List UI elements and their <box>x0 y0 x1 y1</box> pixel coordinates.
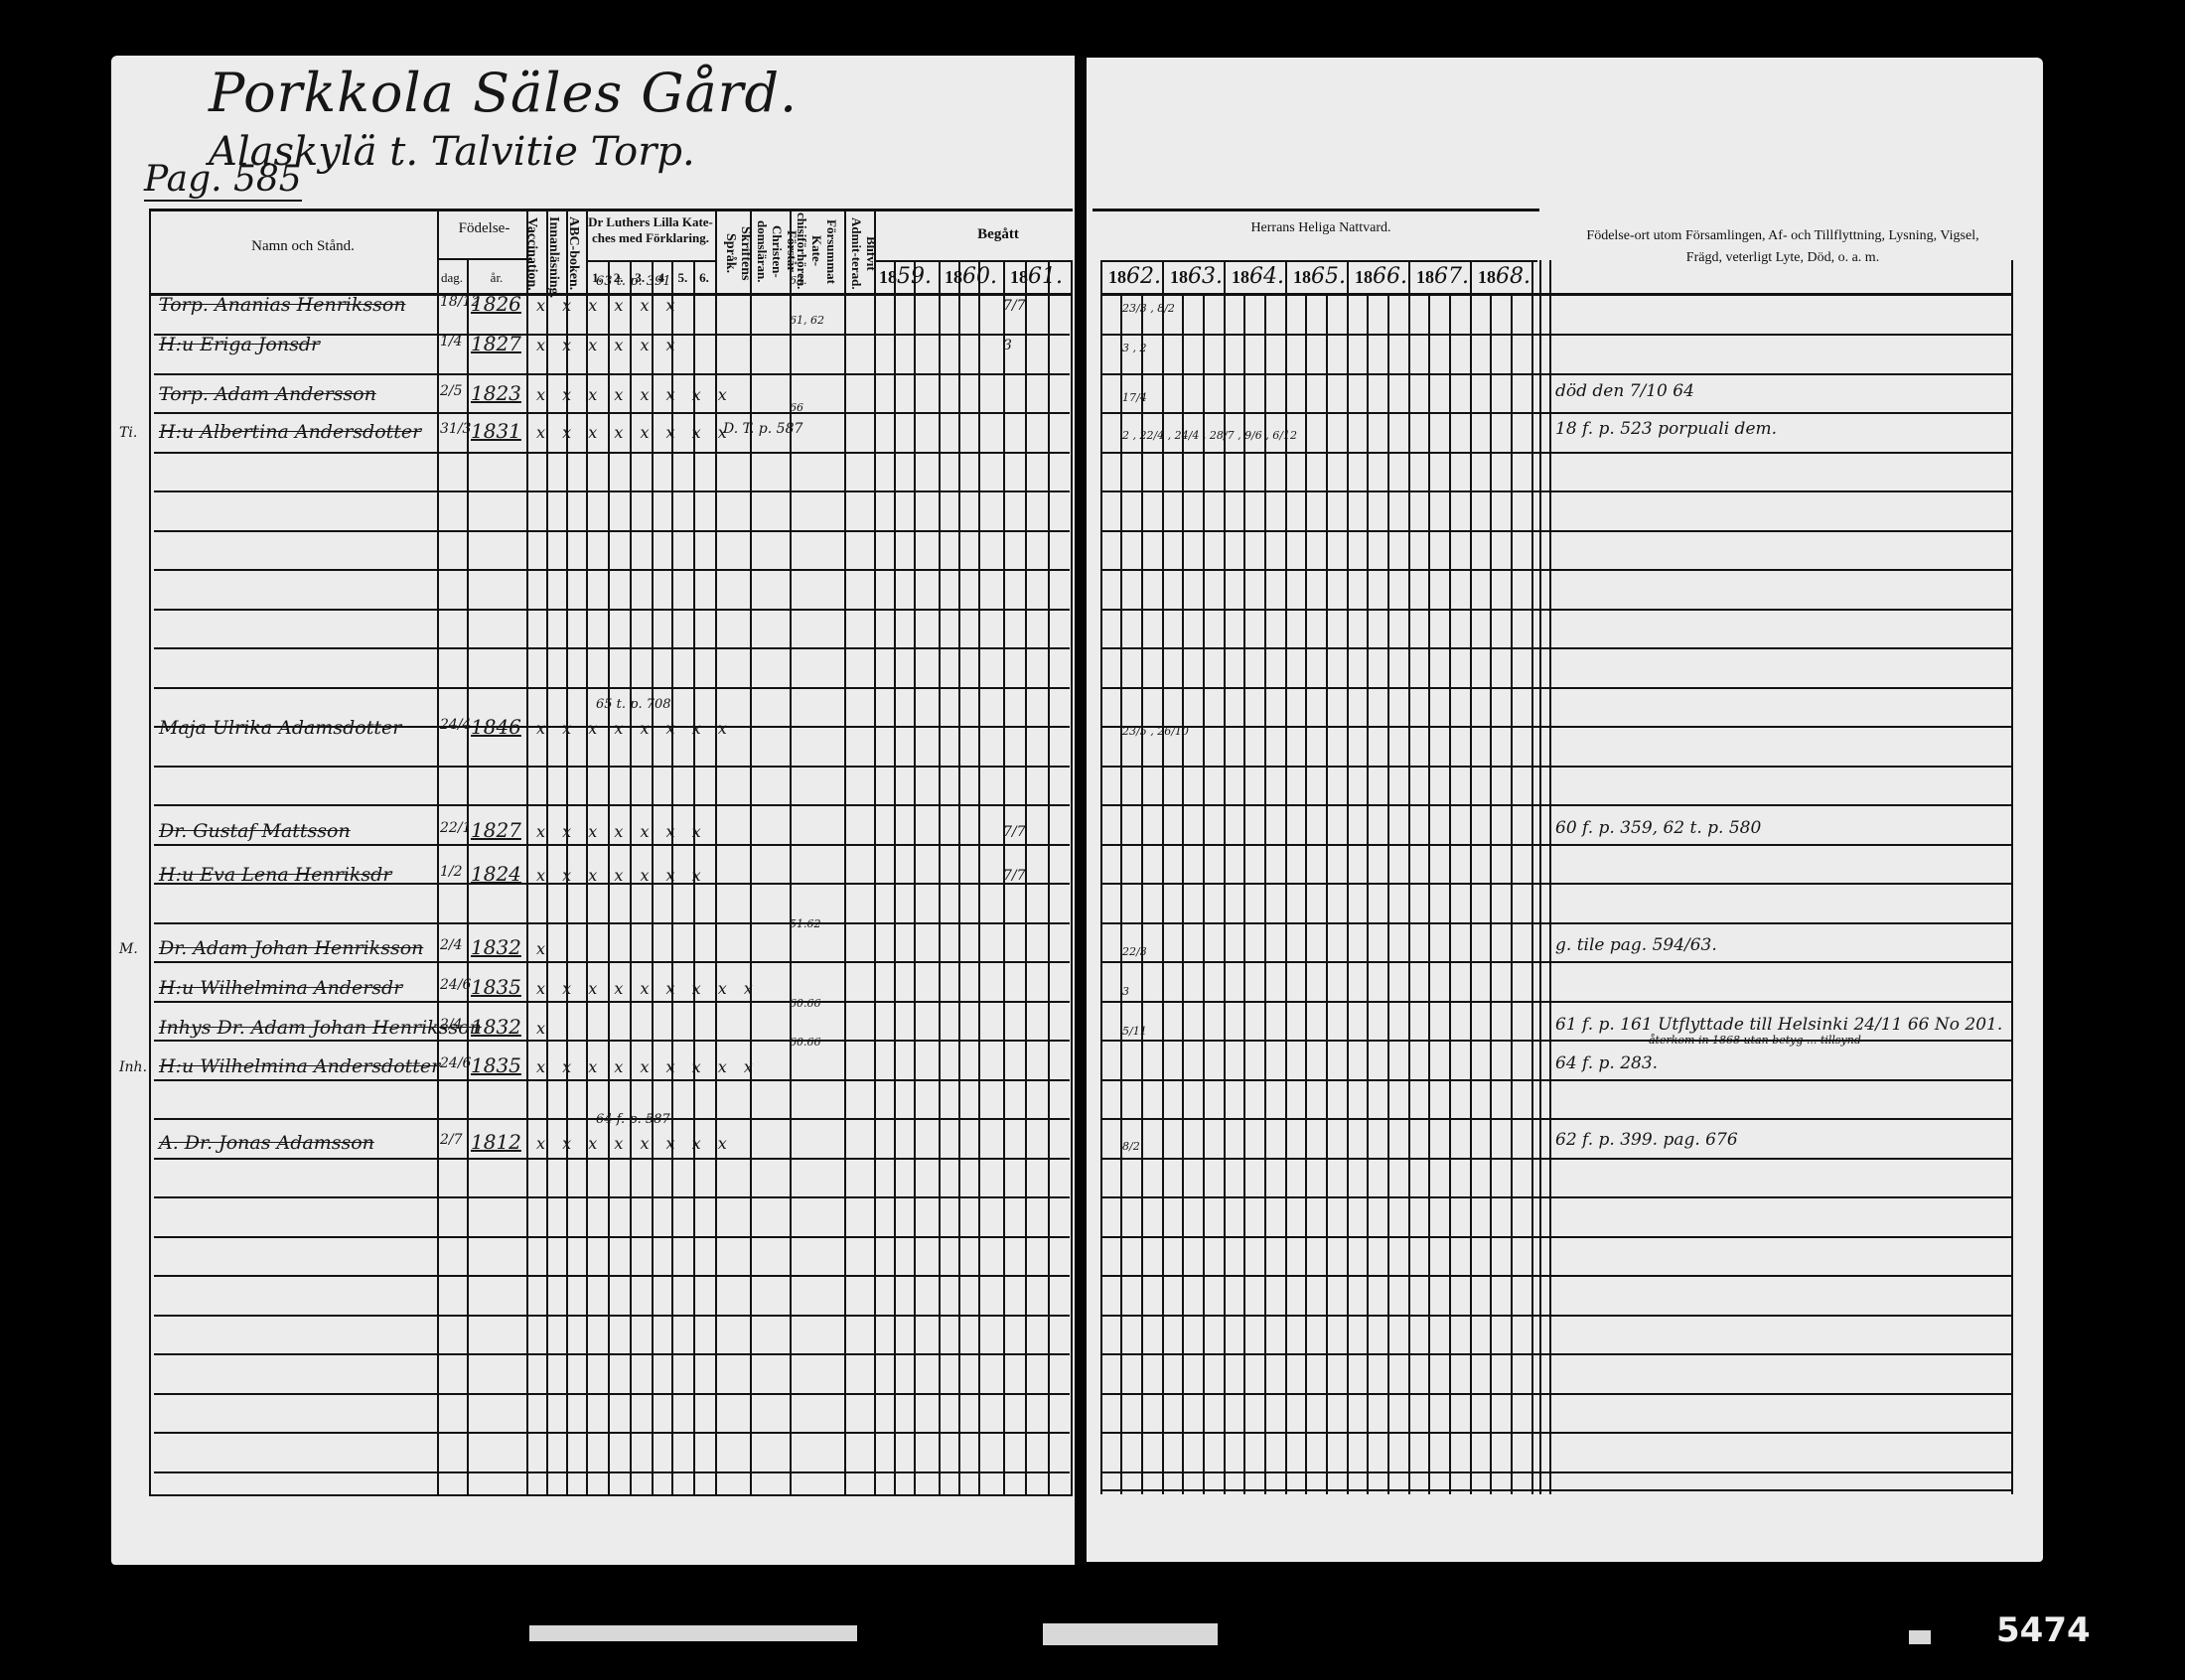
row-rule <box>154 1236 1070 1238</box>
row-rule <box>1100 1118 2012 1120</box>
birth-day: 1/2 <box>440 864 463 880</box>
catechism-marks: x <box>536 939 551 958</box>
row-rule <box>154 961 1070 963</box>
row-rule <box>154 452 1070 454</box>
nattvard-year-3: 1864. <box>1232 264 1284 289</box>
col-remarks-line2: Frägd, veterligt Lyte, Död, o. a. m. <box>1549 250 2016 266</box>
row-rule <box>154 1158 1070 1160</box>
catechism-marks: x x x x x x <box>536 336 681 354</box>
luther-part-6: 6. <box>693 270 715 286</box>
birth-day: 24/4 <box>440 717 471 733</box>
catechism-marks: x x x x x x x x <box>536 385 733 404</box>
column-rule <box>894 260 896 1494</box>
row-rule <box>1100 609 2012 611</box>
row-rule <box>1100 373 2012 375</box>
column-rule <box>750 209 752 1494</box>
birth-day: 1/4 <box>440 334 463 350</box>
catechism-marks: x x x x x x x x <box>536 423 733 442</box>
row-rule <box>154 844 1070 846</box>
row-rule <box>1100 1196 2012 1198</box>
row-rule <box>154 1471 1070 1473</box>
begatt-year-1: 1859. <box>879 264 932 289</box>
row-rule <box>1100 1236 2012 1238</box>
birth-year: 1831 <box>471 419 521 443</box>
row-rule <box>154 766 1070 768</box>
nattvard-year-7: 1868. <box>1478 264 1530 289</box>
row-rule <box>154 1393 1070 1395</box>
reference-note: 65 t. p. 708 <box>596 697 671 712</box>
nattvard-dates: 2 , 22/4 , 24/4 , 28/7 , 9/6 , 6/12 <box>1122 429 1297 442</box>
birth-day: 2/7 <box>440 1132 463 1148</box>
archive-tab-right <box>1909 1630 1931 1644</box>
column-rule <box>467 260 469 1494</box>
person-name: Dr. Adam Johan Henriksson <box>159 937 423 959</box>
person-name: H:u Wilhelmina Andersdr <box>159 977 402 999</box>
column-rule <box>1531 260 1533 1494</box>
column-rule <box>1408 260 1410 1494</box>
birth-day: 22/1 <box>440 820 471 836</box>
row-rule <box>154 1432 1070 1434</box>
column-rule <box>437 209 439 1494</box>
remark-text: 62 f. p. 399. pag. 676 <box>1555 1130 1738 1150</box>
column-rule <box>1100 260 1102 1494</box>
remark-text: 60 f. p. 359, 62 t. p. 580 <box>1555 818 1761 838</box>
row-rule <box>154 1040 1070 1042</box>
right-bottom-rule <box>1100 1489 2012 1491</box>
column-rule <box>1347 260 1349 1494</box>
row-rule <box>1100 569 2012 571</box>
col-nattvard-header: Herrans Heliga Nattvard. <box>1122 220 1520 236</box>
column-rule <box>1224 260 1226 1494</box>
row-rule <box>1100 726 2012 728</box>
birth-day: 24/6 <box>440 977 471 993</box>
row-rule <box>154 647 1070 649</box>
birth-year: 1835 <box>471 1053 521 1077</box>
remark-text: 18 f. p. 523 porpuali dem. <box>1555 419 1777 439</box>
row-rule <box>154 1353 1070 1355</box>
birth-subheader-rule <box>437 258 531 260</box>
person-name: H:u Albertina Andersdotter <box>159 421 421 443</box>
row-rule <box>154 1079 1070 1081</box>
person-name: Torp. Adam Andersson <box>159 383 376 405</box>
row-rule <box>1100 1315 2012 1317</box>
row-rule <box>154 490 1070 492</box>
remark-text: död den 7/10 64 <box>1555 381 1694 401</box>
column-rule <box>1285 260 1287 1494</box>
archive-stamp: 5474 <box>1996 1610 2091 1650</box>
column-rule <box>978 260 980 1494</box>
catechism-marks: x x x x x x <box>536 296 681 315</box>
row-rule <box>154 1196 1070 1198</box>
column-rule <box>874 209 876 1494</box>
begatt-subheader-rule <box>874 260 1073 262</box>
nattvard-dates: 3 , 2 <box>1122 342 1147 354</box>
remark-text: 64 f. p. 283. <box>1555 1053 1658 1073</box>
right-top-rule <box>1092 209 1539 211</box>
column-rule <box>2011 260 2013 1494</box>
column-rule <box>526 209 528 1494</box>
row-rule <box>1100 883 2012 885</box>
row-rule <box>1100 961 2012 963</box>
birth-year: 1824 <box>471 862 521 886</box>
column-rule <box>958 260 960 1494</box>
row-rule <box>1100 1001 2012 1003</box>
person-name: Torp. Ananias Henriksson <box>159 294 406 316</box>
col-luther-header: Dr Luthers Lilla Kate-ches med Förklarin… <box>586 214 715 246</box>
nattvard-dates: 3 <box>1122 985 1129 998</box>
birth-day: 2/4 <box>440 937 463 953</box>
col-skriftens-sprak: Skriftens Språk. <box>723 216 753 291</box>
row-rule <box>1100 412 2012 414</box>
column-rule <box>1549 260 1551 1494</box>
begatt-value: 7/7 <box>1003 298 1026 314</box>
begatt-value: 7/7 <box>1003 868 1026 884</box>
margin-note: Ti. <box>119 425 137 441</box>
row-rule <box>154 922 1070 924</box>
row-rule <box>1100 804 2012 806</box>
row-rule <box>1100 1353 2012 1355</box>
skriftens-note: D. T. p. 587 <box>723 421 802 437</box>
begatt-value: 7/7 <box>1003 824 1026 840</box>
row-rule <box>154 373 1070 375</box>
nattvard-dates: 5/11 <box>1122 1025 1147 1038</box>
column-rule <box>1048 260 1050 1494</box>
person-name: H:u Eriga Jonsdr <box>159 334 320 355</box>
catechism-marks: x <box>536 1019 551 1038</box>
remark-text-2: återkom in 1868 utan betyg ... tillsynd <box>1649 1034 1861 1047</box>
birth-year: 1827 <box>471 332 521 355</box>
left-top-rule <box>149 209 1073 211</box>
col-name-header: Namn och Stånd. <box>189 238 417 255</box>
row-rule <box>1100 1158 2012 1160</box>
nattvard-dates: 22/3 <box>1122 945 1147 958</box>
col-begatt-header: Begått <box>934 226 1063 243</box>
row-rule <box>1100 1040 2012 1042</box>
col-abc: ABC-boken. <box>566 216 581 291</box>
reference-note: 64 f. p. 587. <box>596 1112 674 1127</box>
birth-year: 1827 <box>471 818 521 842</box>
forsummat-value: 61, 62 <box>790 314 824 327</box>
right-header-bottom-rule <box>1100 293 2012 296</box>
row-rule <box>154 412 1070 414</box>
archive-tab-mid <box>1043 1623 1218 1645</box>
catechism-marks: x x x x x x x x <box>536 1134 733 1153</box>
col-birth-year: år. <box>467 270 526 286</box>
row-rule <box>154 569 1070 571</box>
col-birth-day: dag. <box>437 270 467 286</box>
farm-title: Porkkola Säles Gård. <box>209 62 798 124</box>
forsummat-value: 66 <box>790 401 803 414</box>
begatt-year-2: 1860. <box>945 264 997 289</box>
forsummat-value: 60.66 <box>790 997 821 1010</box>
row-rule <box>1100 1432 2012 1434</box>
row-rule <box>154 804 1070 806</box>
row-rule <box>1100 1393 2012 1395</box>
col-remarks-line1: Födelse-ort utom Församlingen, Af- och T… <box>1549 228 2016 244</box>
forsummat-value: 51.62 <box>790 917 821 930</box>
catechism-marks: x x x x x x x x x <box>536 979 759 998</box>
row-rule <box>1100 1471 2012 1473</box>
luther-part-5: 5. <box>671 270 693 286</box>
birth-year: 1832 <box>471 1015 521 1039</box>
row-rule <box>1100 766 2012 768</box>
row-rule <box>1100 1079 2012 1081</box>
row-rule <box>1100 334 2012 336</box>
nattvard-year-2: 1863. <box>1170 264 1223 289</box>
birth-day: 2/4 <box>440 1017 463 1033</box>
catechism-marks: x x x x x x x <box>536 822 707 841</box>
column-rule <box>844 209 846 1494</box>
birth-year: 1832 <box>471 935 521 959</box>
column-rule <box>1162 260 1164 1494</box>
nattvard-dates: 23/3 , 8/2 <box>1122 302 1175 315</box>
begatt-year-3: 1861. <box>1010 264 1063 289</box>
page-number: Pag. 585 <box>144 159 302 202</box>
birth-year: 1846 <box>471 715 521 739</box>
row-rule <box>154 530 1070 532</box>
row-rule <box>154 609 1070 611</box>
catechism-marks: x x x x x x x x <box>536 719 733 738</box>
catechism-marks: x x x x x x x <box>536 866 707 885</box>
row-rule <box>154 1315 1070 1317</box>
birth-year: 1823 <box>471 381 521 405</box>
person-name: H:u Wilhelmina Andersdotter <box>159 1055 440 1077</box>
person-name: A. Dr. Jonas Adamsson <box>159 1132 374 1154</box>
luther-subheader-rule <box>586 260 715 262</box>
row-rule <box>154 687 1070 689</box>
row-rule <box>1100 687 2012 689</box>
birth-day: 31/3 <box>440 421 471 437</box>
column-rule <box>1470 260 1472 1494</box>
col-vaccination: Vaccination. <box>524 216 539 291</box>
reference-note: 63 t. p. 391 <box>596 274 671 289</box>
birth-day: 24/6 <box>440 1055 471 1071</box>
nattvard-year-6: 1867. <box>1416 264 1469 289</box>
nattvard-year-4: 1865. <box>1293 264 1346 289</box>
row-rule <box>154 1001 1070 1003</box>
margin-note: M. <box>119 941 138 957</box>
forsummat-value: 63. <box>790 274 807 287</box>
nattvard-dates: 17/4 <box>1122 391 1147 404</box>
row-rule <box>1100 530 2012 532</box>
birth-year: 1812 <box>471 1130 521 1154</box>
birth-year: 1826 <box>471 292 521 316</box>
person-name: Dr. Gustaf Mattsson <box>159 820 351 842</box>
col-admitterad: Blifvit Admit-terad. <box>849 216 879 291</box>
book-spine <box>1075 56 1087 1565</box>
row-rule <box>1100 647 2012 649</box>
col-innanlasning: Innanläsning. <box>546 216 561 291</box>
birth-year: 1835 <box>471 975 521 999</box>
row-rule <box>1100 452 2012 454</box>
nattvard-dates: 23/5 , 26/10 <box>1122 725 1189 738</box>
column-rule <box>1071 260 1073 1494</box>
nattvard-dates: 8/2 <box>1122 1140 1140 1153</box>
forsummat-value: 60.66 <box>790 1036 821 1049</box>
person-name: H:u Eva Lena Henriksdr <box>159 864 391 886</box>
left-bottom-rule <box>149 1494 1073 1496</box>
nattvard-year-1: 1862. <box>1108 264 1161 289</box>
person-name: Maja Ulrika Adamsdotter <box>159 717 401 739</box>
remark-text: 61 f. p. 161 Utflyttade till Helsinki 24… <box>1555 1015 2002 1035</box>
col-birth-header: Födelse- <box>437 220 531 237</box>
begatt-value: 3 <box>1003 338 1012 353</box>
row-rule <box>1100 844 2012 846</box>
row-rule <box>1100 1275 2012 1277</box>
column-rule <box>149 209 151 1494</box>
catechism-marks: x x x x x x x x x <box>536 1057 759 1076</box>
row-rule <box>154 1275 1070 1277</box>
remark-text: g. tile pag. 594/63. <box>1555 935 1717 955</box>
row-rule <box>1100 490 2012 492</box>
column-rule <box>914 260 916 1494</box>
column-rule <box>939 260 941 1494</box>
nattvard-subheader-rule <box>1100 260 1537 262</box>
margin-note: Inh. <box>119 1059 147 1075</box>
archive-tab-left <box>529 1625 857 1641</box>
birth-day: 2/5 <box>440 383 463 399</box>
row-rule <box>1100 922 2012 924</box>
column-rule <box>1539 260 1541 1494</box>
right-page <box>1085 58 2043 1562</box>
nattvard-year-5: 1866. <box>1355 264 1407 289</box>
person-name: Inhys Dr. Adam Johan Henriksson <box>159 1017 482 1039</box>
